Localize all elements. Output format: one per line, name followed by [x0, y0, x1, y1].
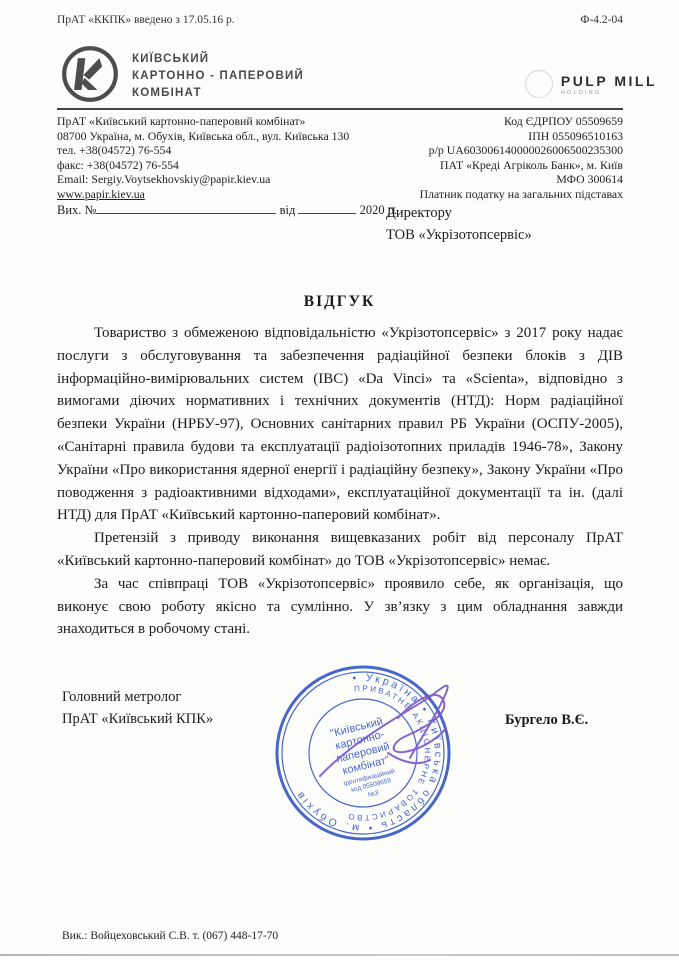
signer-position-line-1: Головний метролог — [62, 687, 213, 709]
kkpk-logo-icon — [60, 44, 120, 109]
contact-line: тел. +38(04572) 76-554 — [57, 143, 349, 158]
document-title: ВІДГУК — [0, 293, 679, 311]
requisite-line: Код ЄДРПОУ 05509659 — [420, 114, 623, 129]
pulp-mill-subtitle: HOLDING — [561, 90, 657, 96]
requisite-line: МФО 300614 — [420, 172, 623, 187]
date-blank — [298, 201, 356, 214]
logo-line-2: КАРТОННО - ПАПЕРОВИЙ — [132, 68, 304, 85]
executor-line: Вик.: Войцеховський С.В. т. (067) 448-17… — [62, 930, 278, 942]
contact-website-link[interactable]: www.papir.kiev.ua — [57, 187, 349, 202]
contact-line: факс: +38(04572) 76-554 — [57, 158, 349, 173]
outgoing-number-line: Вих. № від 2020 р. — [57, 201, 397, 218]
requisite-line: Платник податку на загальних підставах — [420, 187, 623, 202]
requisite-line: ІПН 055096510163 — [420, 129, 623, 144]
requisite-line: р/р UA603006140000026006500235300 — [420, 143, 623, 158]
scan-bottom-edge — [0, 954, 679, 956]
body-paragraph-3: За час співпраці ТОВ «Укрізотопсервіс» п… — [57, 573, 623, 641]
company-contacts: ПрАТ «Київський картонно-паперовий комбі… — [57, 114, 349, 201]
form-code: Ф-4.2-04 — [580, 14, 623, 26]
contact-line: ПрАТ «Київський картонно-паперовий комбі… — [57, 114, 349, 129]
addressee-company: ТОВ «Укрізотопсервіс» — [386, 225, 532, 247]
outgoing-number-label: Вих. № — [57, 203, 96, 217]
addressee-block: Директору ТОВ «Укрізотопсервіс» — [386, 203, 532, 247]
header-divider — [57, 108, 623, 110]
date-label: від — [280, 203, 296, 217]
company-logo-text: КИЇВСЬКИЙ КАРТОННО - ПАПЕРОВИЙ КОМБІНАТ — [132, 51, 304, 101]
stamp-center-line-7: №3 — [367, 789, 379, 798]
signer-name: Бургело В.Є. — [505, 712, 588, 729]
addressee-title: Директору — [386, 203, 532, 225]
body-paragraph-2: Претензій з приводу виконання вищевказан… — [57, 527, 623, 573]
contact-line: 08700 Україна, м. Обухів, Київська обл.,… — [57, 129, 349, 144]
pulp-mill-circle-icon — [525, 70, 553, 98]
logo-line-3: КОМБІНАТ — [132, 85, 304, 102]
requisite-line: ПАТ «Креді Агріколь Банк», м. Київ — [420, 158, 623, 173]
signer-position: Головний метролог ПрАТ «Київський КПК» — [62, 687, 213, 731]
company-requisites: Код ЄДРПОУ 05509659 ІПН 055096510163 р/р… — [420, 114, 623, 201]
signer-position-line-2: ПрАТ «Київський КПК» — [62, 709, 213, 731]
body-paragraph-1: Товариство з обмеженою відповідальністю … — [57, 322, 623, 527]
letter-body: Товариство з обмеженою відповідальністю … — [57, 322, 623, 641]
pulp-mill-logo: PULP MILL HOLDING — [525, 70, 657, 98]
company-logo: КИЇВСЬКИЙ КАРТОННО - ПАПЕРОВИЙ КОМБІНАТ — [60, 44, 304, 109]
logo-line-1: КИЇВСЬКИЙ — [132, 51, 304, 68]
letter-page: ПрАТ «ККПК» введено з 17.05.16 р. Ф-4.2-… — [0, 0, 679, 960]
outgoing-number-blank — [96, 201, 276, 214]
contact-email: Email: Sergiy.Voytsekhovskiy@papir.kiev.… — [57, 172, 349, 187]
top-registration-note: ПрАТ «ККПК» введено з 17.05.16 р. — [57, 14, 235, 26]
pulp-mill-title: PULP MILL — [561, 73, 657, 89]
round-stamp-with-signature: • Україна • Київська область • м. Обухів… — [268, 658, 468, 848]
